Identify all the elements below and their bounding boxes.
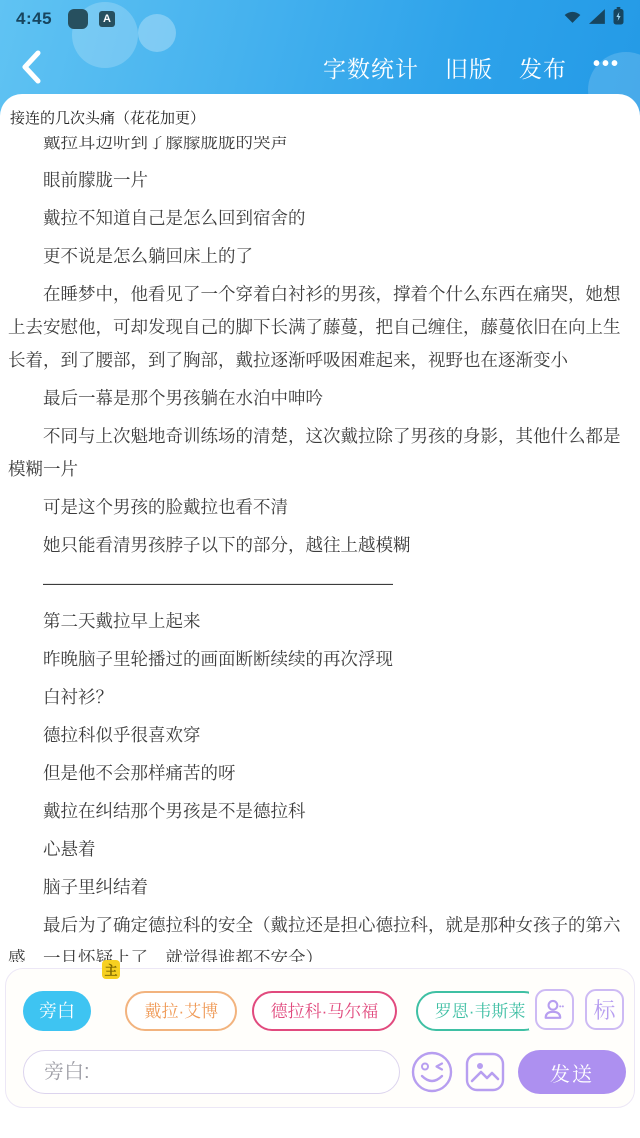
publish-button[interactable]: 发布 (519, 51, 567, 84)
more-menu-button[interactable]: ••• (593, 53, 620, 82)
story-paragraph: 昨晚脑子里轮播过的画面断断续续的再次浮现 (8, 643, 632, 676)
send-button[interactable]: 发送 (518, 1050, 626, 1094)
wifi-icon (563, 9, 582, 29)
role-tab-ron-weasley[interactable]: 罗恩·韦斯莱 (416, 991, 541, 1031)
role-tab-draco-malfoy[interactable]: 德拉科·马尔福 (252, 991, 398, 1031)
letter-a-icon: A (99, 11, 115, 27)
story-paragraph: 不同与上次魁地奇训练场的清楚，这次戴拉除了男孩的身影，其他什么都是模糊一片 (8, 420, 632, 486)
character-manager-button[interactable] (535, 989, 574, 1030)
status-bar: 4:45 A (0, 0, 640, 30)
story-paragraph: 戴拉不知道自己是怎么回到宿舍的 (8, 202, 632, 235)
tag-button[interactable]: 标 (585, 989, 624, 1030)
story-paragraph: 脑子里纠结着 (8, 871, 632, 904)
story-paragraph: 在睡梦中，他看见了一个穿着白衬衫的男孩，撑着个什么东西在痛哭，她想上去安慰他，可… (8, 278, 632, 377)
story-paragraph: 最后一幕是那个男孩躺在水泊中呻吟 (8, 382, 632, 415)
person-icon (542, 997, 567, 1022)
story-scroll-area[interactable]: 戴拉耳边听到了朦朦胧胧的哭声 眼前朦胧一片 戴拉不知道自己是怎么回到宿舍的 更不… (8, 136, 632, 962)
old-version-button[interactable]: 旧版 (445, 51, 493, 84)
nav-bar: 字数统计 旧版 发布 ••• (0, 38, 640, 96)
word-count-button[interactable]: 字数统计 (323, 51, 419, 84)
message-input-row: 发送 (6, 1049, 636, 1095)
back-button[interactable] (20, 50, 54, 84)
main-character-badge: 主 (102, 960, 120, 979)
story-paragraph: 白衬衫？ (8, 681, 632, 714)
notification-app-icon (68, 9, 88, 29)
story-content-card: 接连的几次头痛（花花加更） 戴拉耳边听到了朦朦胧胧的哭声 眼前朦胧一片 戴拉不知… (0, 94, 640, 968)
tag-button-label: 标 (593, 994, 615, 1025)
story-paragraph: 但是他不会那样痛苦的呀 (8, 757, 632, 790)
dialogue-input[interactable] (23, 1050, 400, 1094)
scene-divider: ———————————————————— (8, 567, 632, 600)
story-paragraph: 眼前朦胧一片 (8, 164, 632, 197)
role-tab-narration[interactable]: 旁白 (23, 991, 91, 1031)
status-time: 4:45 (16, 9, 52, 29)
image-upload-button[interactable] (464, 1051, 506, 1093)
emoji-button[interactable] (410, 1050, 454, 1094)
image-icon (464, 1051, 506, 1093)
story-paragraph: 戴拉耳边听到了朦朦胧胧的哭声 (8, 136, 632, 159)
story-paragraph: 她只能看清男孩脖子以下的部分，越往上越模糊 (8, 529, 632, 562)
story-paragraph: 心悬着 (8, 833, 632, 866)
character-tabs[interactable]: 旁白 戴拉·艾博 德拉科·马尔福 罗恩·韦斯莱 (6, 991, 541, 1037)
story-paragraph: 可是这个男孩的脸戴拉也看不清 (8, 491, 632, 524)
story-paragraph: 更不说是怎么躺回床上的了 (8, 240, 632, 273)
story-paragraph: 第二天戴拉早上起来 (8, 605, 632, 638)
app-screen: 4:45 A (0, 0, 640, 1138)
story-paragraph: 德拉科似乎很喜欢穿 (8, 719, 632, 752)
battery-charging-icon (613, 7, 624, 30)
chapter-title: 接连的几次头痛（花花加更） (8, 108, 632, 136)
composer-panel: 主 旁白 戴拉·艾博 德拉科·马尔福 罗恩·韦斯莱 标 (5, 968, 635, 1108)
chevron-left-icon (20, 50, 42, 84)
smiley-wink-icon (410, 1050, 454, 1094)
story-paragraph: 戴拉在纠结那个男孩是不是德拉科 (8, 795, 632, 828)
role-tab-daila-abbott[interactable]: 戴拉·艾博 (125, 991, 237, 1031)
story-paragraph: 最后为了确定德拉科的安全（戴拉还是担心德拉科，就是那种女孩子的第六感，一旦怀疑上… (8, 909, 632, 962)
cellular-signal-icon (589, 9, 606, 29)
